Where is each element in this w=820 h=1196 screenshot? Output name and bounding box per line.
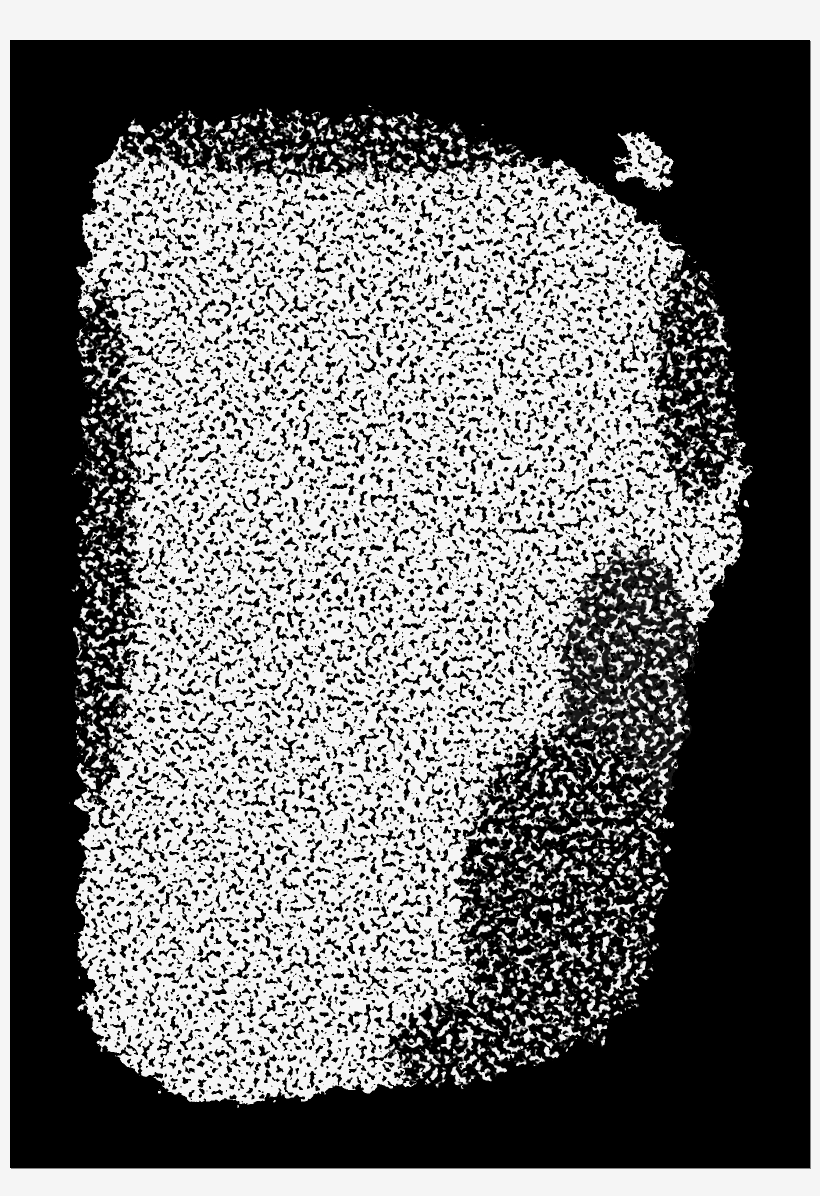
grunge-texture-frame [10,40,810,1168]
grunge-texture [10,40,810,1168]
